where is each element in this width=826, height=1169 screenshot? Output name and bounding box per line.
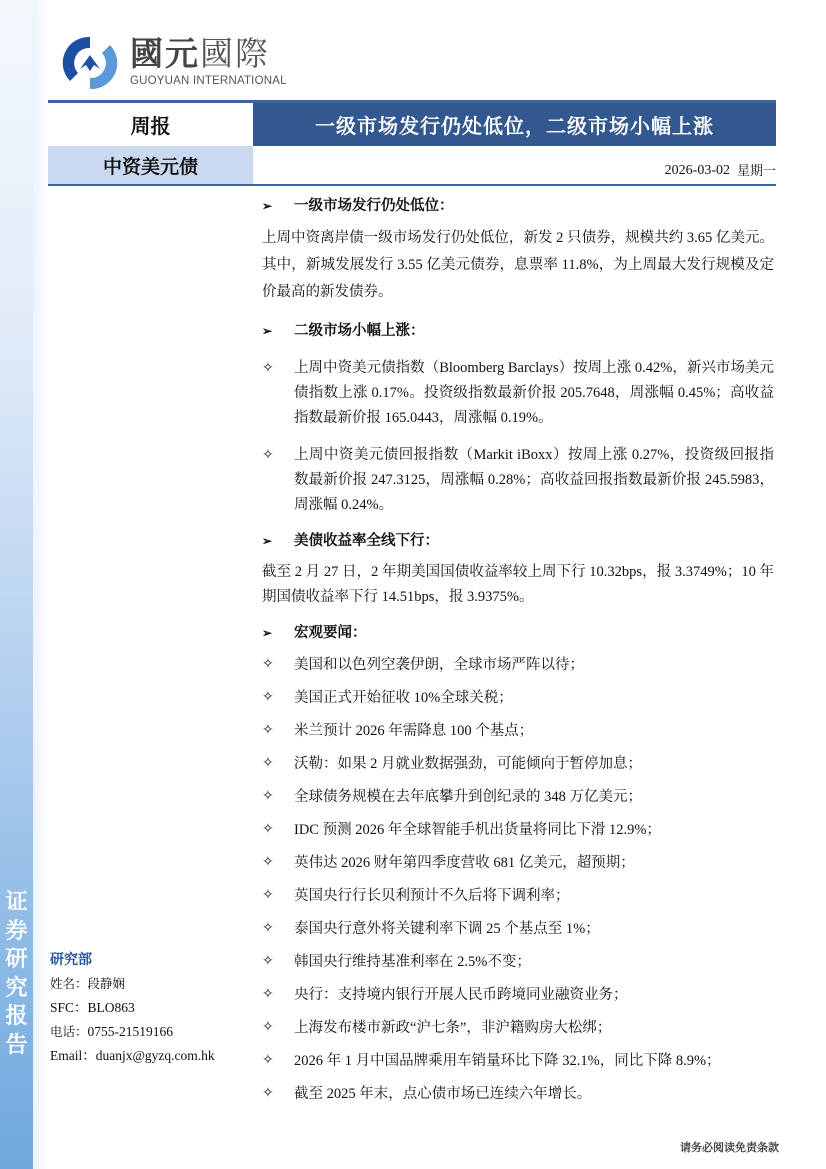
brand-logo: 國元國際 GUOYUAN INTERNATIONAL xyxy=(60,33,300,93)
list-item: ✧截至 2025 年末，点心债市场已连续六年增长。 xyxy=(262,1083,774,1116)
section-title-primary-market: ➢ 一级市场发行仍处低位： xyxy=(262,195,774,217)
sidebar-char: 研 xyxy=(0,945,33,974)
report-category: 中资美元债 xyxy=(48,146,253,184)
list-item: ✧美国和以色列空袭伊朗，全球市场严阵以待； xyxy=(262,654,774,687)
report-type: 周报 xyxy=(48,103,253,146)
diamond-bullet-icon: ✧ xyxy=(262,443,274,468)
list-item: ✧ 上周中资美元债回报指数（Markit iBoxx）按周上涨 0.27%，投资… xyxy=(262,443,774,518)
sidebar-char: 报 xyxy=(0,1002,33,1031)
arrow-bullet-icon: ➢ xyxy=(262,622,272,644)
diamond-bullet-icon: ✧ xyxy=(262,819,274,841)
author-name-row: 姓名：段静娴 xyxy=(50,972,250,996)
list-item: ✧IDC 预测 2026 年全球智能手机出货量将同比下滑 12.9%； xyxy=(262,819,774,852)
brand-name-en: GUOYUAN INTERNATIONAL xyxy=(130,75,287,87)
section-title-secondary-market: ➢ 二级市场小幅上涨： xyxy=(262,320,774,342)
diamond-bullet-icon: ✧ xyxy=(262,1017,274,1039)
list-item: ✧ 上周中资美元债指数（Bloomberg Barclays）按周上涨 0.42… xyxy=(262,356,774,431)
header-rule-bottom xyxy=(48,184,776,186)
us-treasury-paragraph: 截至 2 月 27 日，2 年期美国国债收益率较上周下行 10.32bps，报 … xyxy=(262,560,774,610)
list-item: ✧沃勒：如果 2 月就业数据强劲，可能倾向于暂停加息； xyxy=(262,753,774,786)
brand-name-cn: 國元國際 xyxy=(130,35,270,73)
section-title-macro-news: ➢ 宏观要闻： xyxy=(262,622,774,644)
report-headline: 一级市场发行仍处低位，二级市场小幅上涨 xyxy=(253,103,776,146)
date-value: 2026-03-02 xyxy=(665,163,730,179)
list-item: ✧上海发布楼市新政“沪七条”，非沪籍购房大松绑； xyxy=(262,1017,774,1050)
department-name: 研究部 xyxy=(50,948,250,972)
list-item: ✧韩国央行维持基准利率在 2.5%不变； xyxy=(262,951,774,984)
author-email-row: Email：duanjx@gyzq.com.hk xyxy=(50,1044,250,1068)
diamond-bullet-icon: ✧ xyxy=(262,356,274,381)
diamond-bullet-icon: ✧ xyxy=(262,951,274,973)
sidebar-char: 告 xyxy=(0,1031,33,1060)
list-item: ✧美国正式开始征收 10%全球关税； xyxy=(262,687,774,720)
list-item: ✧米兰预计 2026 年需降息 100 个基点； xyxy=(262,720,774,753)
diamond-bullet-icon: ✧ xyxy=(262,852,274,874)
diamond-bullet-icon: ✧ xyxy=(262,786,274,808)
sidebar-fade xyxy=(33,0,49,1169)
report-body: ➢ 一级市场发行仍处低位： 上周中资离岸债一级市场发行仍处低位，新发 2 只债券… xyxy=(262,190,774,1116)
primary-market-paragraph: 上周中资离岸债一级市场发行仍处低位，新发 2 只债券，规模共约 3.65 亿美元… xyxy=(262,225,774,306)
list-item: ✧央行：支持境内银行开展人民币跨境同业融资业务； xyxy=(262,984,774,1017)
section-title-us-treasury: ➢ 美债收益率全线下行： xyxy=(262,530,774,552)
logo-mark-icon xyxy=(60,33,120,93)
report-date: 2026-03-02 星期一 xyxy=(253,146,776,184)
weekday-value: 星期一 xyxy=(737,160,776,179)
diamond-bullet-icon: ✧ xyxy=(262,885,274,907)
list-item: ✧2026 年 1 月中国品牌乘用车销量环比下降 32.1%，同比下降 8.9%… xyxy=(262,1050,774,1083)
list-item: ✧全球债务规模在去年底攀升到创纪录的 348 万亿美元； xyxy=(262,786,774,819)
diamond-bullet-icon: ✧ xyxy=(262,1050,274,1072)
author-info: 研究部 姓名：段静娴 SFC：BLO863 电话：0755-21519166 E… xyxy=(50,948,250,1068)
author-phone-row: 电话：0755-21519166 xyxy=(50,1020,250,1044)
disclaimer-link[interactable]: 请务必阅读免责条款 xyxy=(680,1139,779,1155)
list-item: ✧英国央行行长贝利预计不久后将下调利率； xyxy=(262,885,774,918)
sidebar-char: 究 xyxy=(0,974,33,1003)
list-item: ✧泰国央行意外将关键利率下调 25 个基点至 1%； xyxy=(262,918,774,951)
sidebar-char: 证 xyxy=(0,888,33,917)
author-email-link[interactable]: duanjx@gyzq.com.hk xyxy=(96,1048,215,1063)
arrow-bullet-icon: ➢ xyxy=(262,320,272,342)
sidebar-char: 券 xyxy=(0,917,33,946)
diamond-bullet-icon: ✧ xyxy=(262,918,274,940)
list-item: ✧英伟达 2026 财年第四季度营收 681 亿美元，超预期； xyxy=(262,852,774,885)
author-sfc-row: SFC：BLO863 xyxy=(50,996,250,1020)
diamond-bullet-icon: ✧ xyxy=(262,984,274,1006)
diamond-bullet-icon: ✧ xyxy=(262,1083,274,1105)
arrow-bullet-icon: ➢ xyxy=(262,530,272,552)
sidebar-label: 证 券 研 究 报 告 xyxy=(0,888,33,1059)
diamond-bullet-icon: ✧ xyxy=(262,654,274,676)
arrow-bullet-icon: ➢ xyxy=(262,195,272,217)
diamond-bullet-icon: ✧ xyxy=(262,720,274,742)
diamond-bullet-icon: ✧ xyxy=(262,753,274,775)
diamond-bullet-icon: ✧ xyxy=(262,687,274,709)
